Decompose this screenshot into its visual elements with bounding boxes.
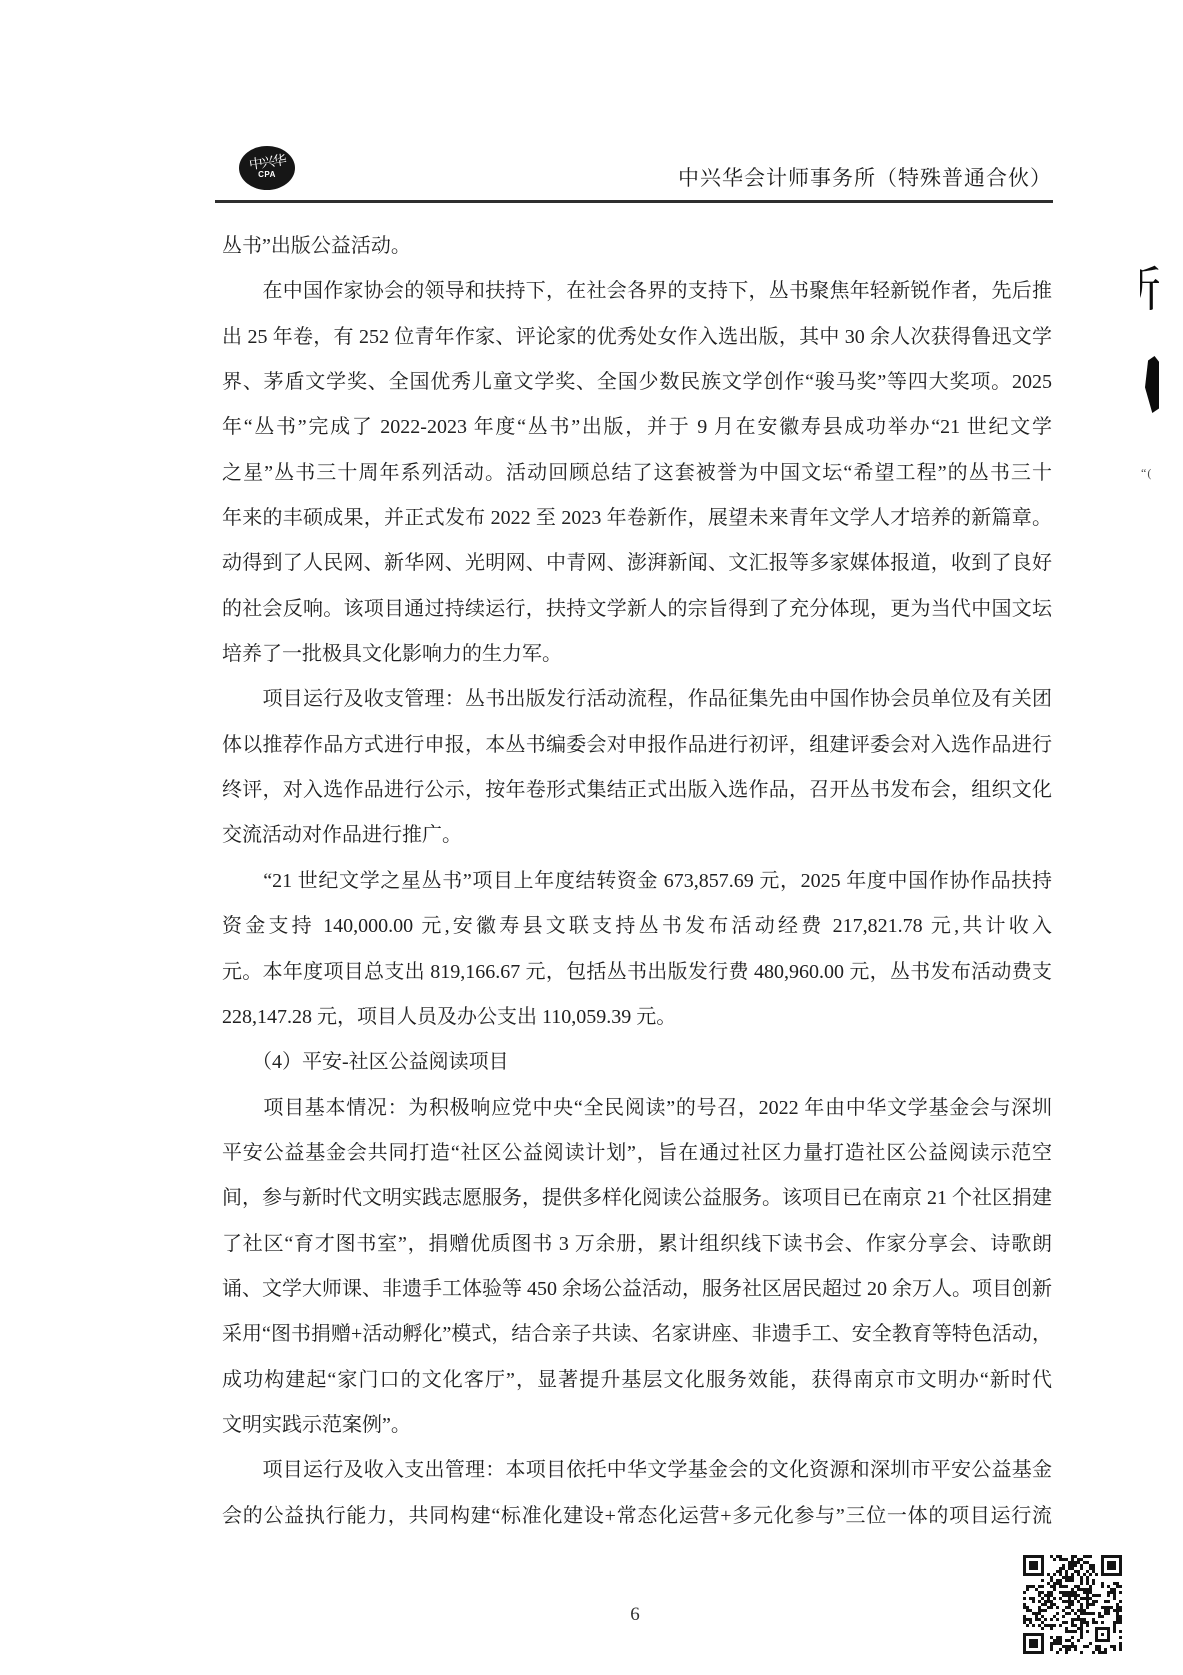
text-line: 年来的丰硕成果，并正式发布 2022 至 2023 年卷新作，展望未来青年文学人… xyxy=(222,496,1052,541)
text-line: 间，参与新时代文明实践志愿服务，提供多样化阅读公益服务。该项目已在南京 21 个… xyxy=(222,1176,1052,1221)
firm-name-header: 中兴华会计师事务所（特殊普通合伙） xyxy=(222,162,1052,192)
scan-artifact-glyph: 所 xyxy=(1140,263,1159,321)
text-line: 体以推荐作品方式进行申报，本丛书编委会对申报作品进行初评，组建评委会对入选作品进… xyxy=(222,723,1052,768)
text-line: 终评，对入选作品进行公示，按年卷形式集结正式出版入选作品，召开丛书发布会，组织文… xyxy=(222,768,1052,813)
section-heading-line: （4）平安-社区公益阅读项目 xyxy=(222,1040,1052,1085)
text-line: 之星”丛书三十周年系列活动。活动回顾总结了这套被誉为中国文坛“希望工程”的丛书三… xyxy=(222,451,1052,496)
page-number: 6 xyxy=(560,1604,710,1626)
text-line: 228,147.28 元，项目人员及办公支出 110,059.39 元。 xyxy=(222,995,1052,1040)
qr-code xyxy=(1023,1555,1122,1654)
text-line: 会的公益执行能力，共同构建“标准化建设+常态化运营+多元化参与”三位一体的项目运… xyxy=(222,1494,1052,1539)
text-line: 了社区“育才图书室”，捐赠优质图书 3 万余册，累计组织线下读书会、作家分享会、… xyxy=(222,1222,1052,1267)
text-line: 文明实践示范案例”。 xyxy=(222,1403,1052,1448)
text-line: 成功构建起“家门口的文化客厅”，显著提升基层文化服务效能，获得南京市文明办“新时… xyxy=(222,1358,1052,1403)
text-line: 的社会反响。该项目通过持续运行，扶持文学新人的宗旨得到了充分体现，更为当代中国文… xyxy=(222,587,1052,632)
text-line: 资金支持 140,000.00 元,安徽寿县文联支持丛书发布活动经费 217,8… xyxy=(222,904,1052,949)
text-line: 培养了一批极具文化影响力的生力军。 xyxy=(222,632,1052,677)
text-line: 交流活动对作品进行推广。 xyxy=(222,813,1052,858)
text-line: “21 世纪文学之星丛书”项目上年度结转资金 673,857.69 元，2025… xyxy=(222,859,1052,904)
text-line: 在中国作家协会的领导和扶持下，在社会各界的支持下，丛书聚焦年轻新锐作者，先后推 xyxy=(222,269,1052,314)
text-line: 出 25 年卷，有 252 位青年作家、评论家的优秀处女作入选出版，其中 30 … xyxy=(222,315,1052,360)
scan-artifact-mark: “( xyxy=(1141,466,1152,481)
text-line: 项目运行及收支管理：丛书出版发行活动流程，作品征集先由中国作协会员单位及有关团 xyxy=(222,677,1052,722)
document-body: 丛书”出版公益活动。 在中国作家协会的领导和扶持下，在社会各界的支持下，丛书聚焦… xyxy=(222,224,1052,1539)
text-line: 平安公益基金会共同打造“社区公益阅读计划”，旨在通过社区力量打造社区公益阅读示范… xyxy=(222,1131,1052,1176)
scan-artifact-blob xyxy=(1145,356,1159,413)
text-line: 动得到了人民网、新华网、光明网、中青网、澎湃新闻、文汇报等多家媒体报道，收到了良… xyxy=(222,541,1052,586)
text-line: 年“丛书”完成了 2022-2023 年度“丛书”出版，并于 9 月在安徽寿县成… xyxy=(222,405,1052,450)
header-rule xyxy=(215,200,1053,203)
text-line: 采用“图书捐赠+活动孵化”模式，结合亲子共读、名家讲座、非遗手工、安全教育等特色… xyxy=(222,1312,1052,1357)
text-line: 项目基本情况：为积极响应党中央“全民阅读”的号召，2022 年由中华文学基金会与… xyxy=(222,1086,1052,1131)
text-line: 诵、文学大师课、非遗手工体验等 450 余场公益活动，服务社区居民超过 20 余… xyxy=(222,1267,1052,1312)
text-line: 项目运行及收入支出管理：本项目依托中华文学基金会的文化资源和深圳市平安公益基金 xyxy=(222,1448,1052,1493)
text-line: 丛书”出版公益活动。 xyxy=(222,224,1052,269)
document-page: 中兴华 CPA 中兴华会计师事务所（特殊普通合伙） 丛书”出版公益活动。 在中国… xyxy=(0,0,1183,1675)
text-line: 元。本年度项目总支出 819,166.67 元，包括丛书出版发行费 480,96… xyxy=(222,950,1052,995)
text-line: 界、茅盾文学奖、全国优秀儿童文学奖、全国少数民族文学创作“骏马奖”等四大奖项。2… xyxy=(222,360,1052,405)
